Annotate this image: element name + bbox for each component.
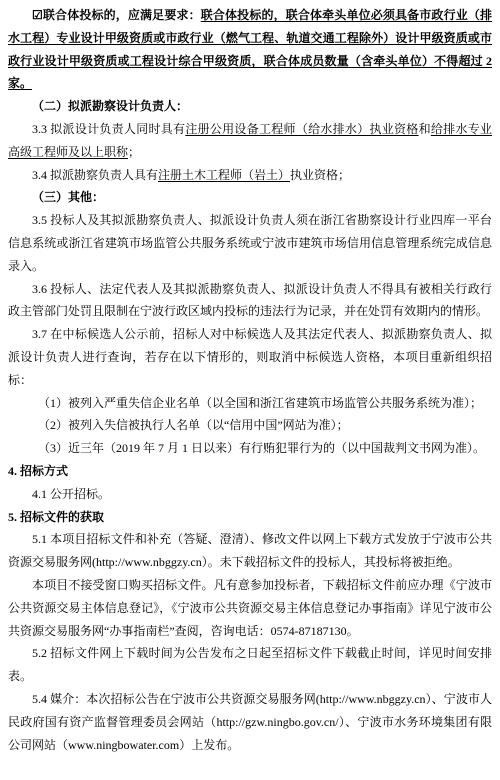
text-run: （3）近三年（2019 年 7 月 1 日以来）有行贿犯罪行为的（以中国裁判文书… xyxy=(38,441,485,455)
text-run: 5.2 招标文件网上下载时间为公告发布之日起至招标文件下载截止时间，详见时间安排… xyxy=(8,646,492,683)
item-3-3: 3.3 拟派设计负责人同时具有注册公用设备工程师（给水排水）执业资格和给排水专业… xyxy=(8,118,492,164)
item-5-1: 5.1 本项目招标文件和补充（答疑、澄清）、修改文件以网上下载方式发放于宁波市公… xyxy=(8,528,492,574)
text-run: 3.6 投标人、法定代表人及其拟派勘察负责人、拟派设计负责人不得具有被相关行政行… xyxy=(8,282,492,319)
text-run: 4.1 公开招标。 xyxy=(32,487,110,501)
item-3-5: 3.5 投标人及其拟派勘察负责人、拟派设计负责人须在浙江省勘察设计行业四库一平台… xyxy=(8,209,492,277)
text-run: 执业资格； xyxy=(290,168,350,182)
item-3-4: 3.4 拟派勘察负责人具有注册土木工程师（岩土）执业资格； xyxy=(8,164,492,187)
text-run: 5. 招标文件的获取 xyxy=(8,510,104,524)
text-run: （二）拟派勘察设计负责人： xyxy=(32,99,188,113)
item-5-1-note: 本项目不接受窗口购买招标文件。凡有意参加投标者，下载招标文件前应办理《宁波市公共… xyxy=(8,574,492,642)
text-run: （三）其他： xyxy=(32,190,104,204)
text-run: 5.4 媒介：本次招标公告在宁波市公共资源交易服务网(http://www.nb… xyxy=(8,692,492,752)
text-run: （1）被列入严重失信企业名单（以全国和浙江省建筑市场监管公共服务系统为准）； xyxy=(38,396,482,410)
text-run: （2）被列入失信被执行人名单（以“信用中国”网站为准）； xyxy=(38,418,349,432)
text-run: 3.5 投标人及其拟派勘察负责人、拟派设计负责人须在浙江省勘察设计行业四库一平台… xyxy=(8,213,492,273)
item-5-2: 5.2 招标文件网上下载时间为公告发布之日起至招标文件下载截止时间，详见时间安排… xyxy=(8,642,492,688)
document-body: ☑联合体投标的，应满足要求：联合体投标的，联合体牵头单位必须具备市政行业（排水工… xyxy=(8,4,492,756)
text-run: 3.3 拟派设计负责人同时具有 xyxy=(32,122,185,136)
list-item-3: （3）近三年（2019 年 7 月 1 日以来）有行贿犯罪行为的（以中国裁判文书… xyxy=(8,437,492,460)
item-3-7: 3.7 在中标候选人公示前，招标人对中标候选人及其法定代表人、拟派勘察负责人、拟… xyxy=(8,323,492,391)
section-3-heading: （三）其他： xyxy=(8,186,492,209)
heading-5-document-acquisition: 5. 招标文件的获取 xyxy=(8,506,492,529)
text-run: 本项目不接受窗口购买招标文件。凡有意参加投标者，下载招标文件前应办理《宁波市公共… xyxy=(8,578,492,638)
item-3-6: 3.6 投标人、法定代表人及其拟派勘察负责人、拟派设计负责人不得具有被相关行政行… xyxy=(8,278,492,324)
underlined-text: 注册土木工程师（岩土） xyxy=(158,168,290,182)
item-5-4: 5.4 媒介：本次招标公告在宁波市公共资源交易服务网(http://www.nb… xyxy=(8,688,492,756)
document-page: ☑联合体投标的，应满足要求：联合体投标的，联合体牵头单位必须具备市政行业（排水工… xyxy=(0,0,500,780)
list-item-2: （2）被列入失信被执行人名单（以“信用中国”网站为准）； xyxy=(8,414,492,437)
text-run: 4. 招标方式 xyxy=(8,464,68,478)
text-run: 3.4 拟派勘察负责人具有 xyxy=(32,168,158,182)
item-4-1: 4.1 公开招标。 xyxy=(8,483,492,506)
section-2-heading: （二）拟派勘察设计负责人： xyxy=(8,95,492,118)
text-run: 和 xyxy=(419,122,431,136)
text-run: 5.1 本项目招标文件和补充（答疑、澄清）、修改文件以网上下载方式发放于宁波市公… xyxy=(8,532,492,569)
list-item-1: （1）被列入严重失信企业名单（以全国和浙江省建筑市场监管公共服务系统为准）； xyxy=(8,392,492,415)
joint-venture-requirement: ☑联合体投标的，应满足要求：联合体投标的，联合体牵头单位必须具备市政行业（排水工… xyxy=(8,4,492,95)
underlined-text: 注册公用设备工程师（给水排水）执业资格 xyxy=(185,122,418,136)
text-run: 联合体投标的，应满足要求： xyxy=(43,8,201,22)
heading-4-bidding-method: 4. 招标方式 xyxy=(8,460,492,483)
checkbox-checked-icon: ☑ xyxy=(32,8,43,22)
text-run: ； xyxy=(128,145,140,159)
text-run: 3.7 在中标候选人公示前，招标人对中标候选人及其法定代表人、拟派勘察负责人、拟… xyxy=(8,327,492,387)
